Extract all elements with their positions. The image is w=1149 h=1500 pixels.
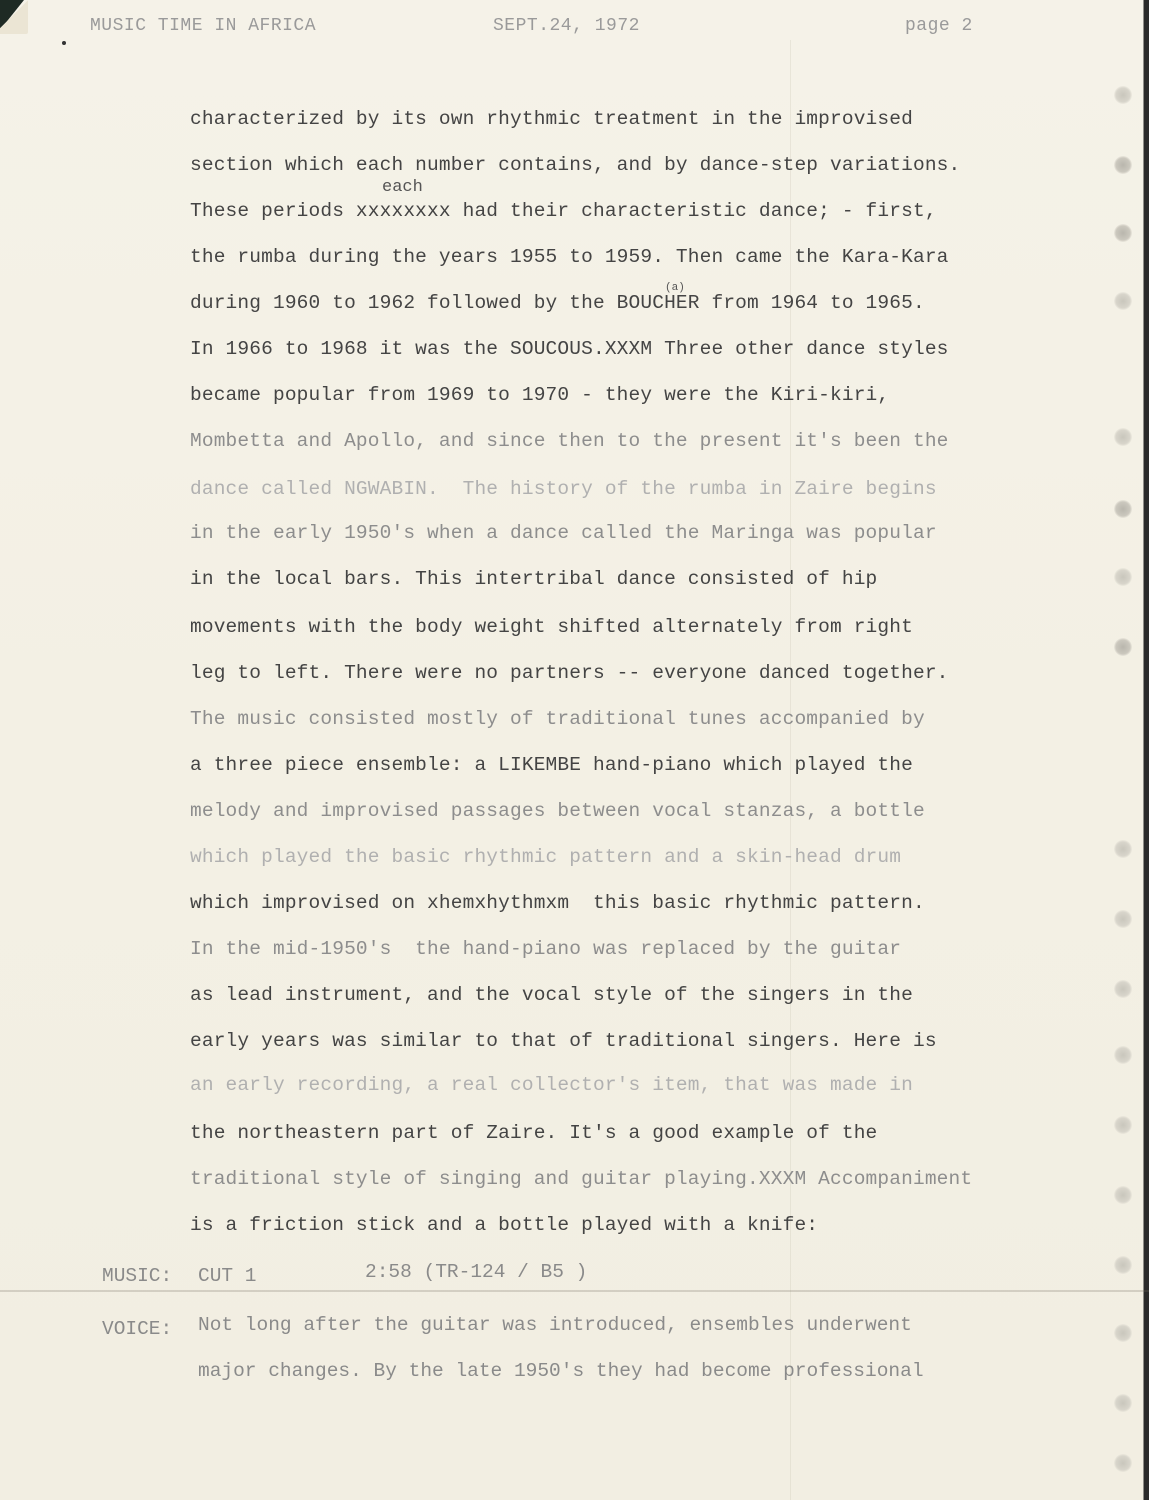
body-line: became popular from 1969 to 1970 - they … — [190, 384, 889, 406]
punch-hole — [1114, 1454, 1132, 1472]
punch-hole — [1114, 568, 1132, 586]
body-line: Mombetta and Apollo, and since then to t… — [190, 430, 949, 452]
punch-hole — [1114, 86, 1132, 104]
body-line: dance called NGWABIN. The history of the… — [190, 478, 937, 500]
punch-hole — [1114, 1324, 1132, 1342]
body-line: traditional style of singing and guitar … — [190, 1168, 972, 1190]
paper-fold-horizontal — [0, 1290, 1149, 1292]
body-line: in the local bars. This intertribal danc… — [190, 568, 877, 590]
page-number: page 2 — [905, 16, 973, 36]
music-cue-timing: 2:58 (TR-124 / B5 ) — [365, 1261, 587, 1283]
body-line: characterized by its own rhythmic treatm… — [190, 108, 913, 130]
body-line: is a friction stick and a bottle played … — [190, 1214, 818, 1236]
music-cue-label: MUSIC: — [102, 1265, 172, 1287]
body-line: in the early 1950's when a dance called … — [190, 522, 937, 544]
body-line: melody and improvised passages between v… — [190, 800, 925, 822]
voice-cue-label: VOICE: — [102, 1318, 172, 1340]
body-line: the rumba during the years 1955 to 1959.… — [190, 246, 949, 268]
program-title: MUSIC TIME IN AFRICA — [90, 16, 316, 36]
music-cue-cut: CUT 1 — [198, 1265, 257, 1287]
folded-corner — [0, 0, 28, 34]
body-line: during 1960 to 1962 followed by the BOUC… — [190, 292, 925, 314]
punch-hole — [1114, 840, 1132, 858]
body-line: leg to left. There were no partners -- e… — [190, 662, 949, 684]
punch-hole — [1114, 1046, 1132, 1064]
typed-insertion: each — [382, 178, 423, 197]
body-line: movements with the body weight shifted a… — [190, 616, 913, 638]
body-line: The music consisted mostly of traditiona… — [190, 708, 925, 730]
body-line: as lead instrument, and the vocal style … — [190, 984, 913, 1006]
body-line: section which each number contains, and … — [190, 154, 960, 176]
punch-hole — [1114, 1186, 1132, 1204]
body-line: a three piece ensemble: a LIKEMBE hand-p… — [190, 754, 913, 776]
body-line: the northeastern part of Zaire. It's a g… — [190, 1122, 877, 1144]
body-line: an early recording, a real collector's i… — [190, 1074, 913, 1096]
punch-hole — [1114, 292, 1132, 310]
punch-hole — [1114, 1394, 1132, 1412]
ink-speck — [62, 41, 66, 45]
punch-hole — [1114, 428, 1132, 446]
page-header: MUSIC TIME IN AFRICA SEPT.24, 1972 page … — [90, 16, 1010, 46]
punch-hole — [1114, 1116, 1132, 1134]
body-line: In the mid-1950's the hand-piano was rep… — [190, 938, 901, 960]
punch-hole — [1114, 638, 1132, 656]
punch-hole — [1114, 980, 1132, 998]
body-line: which played the basic rhythmic pattern … — [190, 846, 901, 868]
body-line: These periods xxxxxxxx had their charact… — [190, 200, 937, 222]
voice-line: Not long after the guitar was introduced… — [198, 1314, 912, 1336]
body-line: In 1966 to 1968 it was the SOUCOUS.XXXM … — [190, 338, 949, 360]
body-line: early years was similar to that of tradi… — [190, 1030, 937, 1052]
punch-hole — [1114, 156, 1132, 174]
broadcast-date: SEPT.24, 1972 — [493, 16, 640, 36]
voice-line: major changes. By the late 1950's they h… — [198, 1360, 924, 1382]
punch-hole — [1114, 500, 1132, 518]
punch-hole — [1114, 224, 1132, 242]
body-line: which improvised on xhemxhythmxm this ba… — [190, 892, 925, 914]
punch-hole — [1114, 910, 1132, 928]
punch-hole — [1114, 1256, 1132, 1274]
